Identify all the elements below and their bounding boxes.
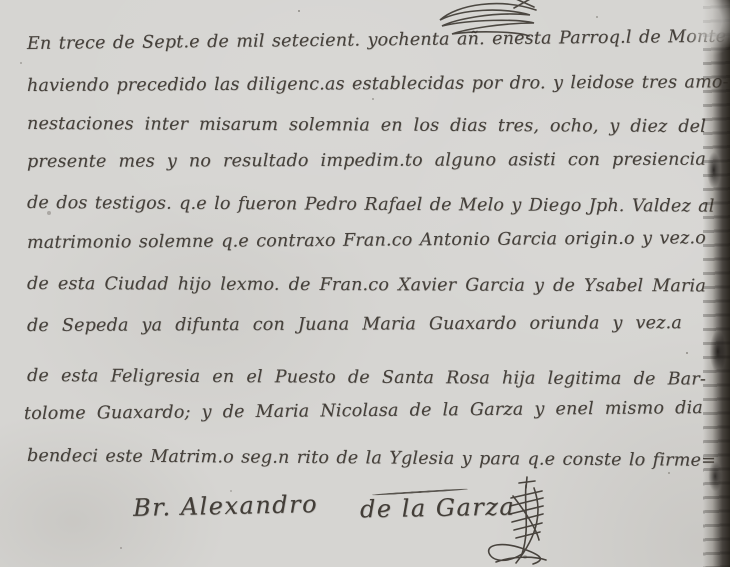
page-edge-fade — [680, 0, 730, 56]
manuscript-line: de esta Feligresia en el Puesto de Santa… — [27, 365, 706, 391]
manuscript-line: En trece de Sept.e de mil setecient. yoc… — [27, 26, 706, 56]
manuscript-line: presente mes y no resultado impedim.to a… — [27, 149, 706, 174]
manuscript-line: de Sepeda ya difunta con Juana Maria Gua… — [27, 312, 682, 338]
signature-rubric — [476, 476, 572, 567]
page-edge — [703, 0, 730, 567]
manuscript-line: matrimonio solemne q.e contraxo Fran.co … — [27, 227, 706, 254]
signature-name: Br. Alexandro — [133, 490, 319, 522]
manuscript-line: haviendo precedido las diligenc.as estab… — [27, 71, 706, 97]
manuscript-line: bendeci este Matrim.o seg.n rito de la Y… — [27, 445, 706, 472]
manuscript-line: tolome Guaxardo; y de Maria Nicolasa de … — [24, 397, 703, 426]
manuscript-page: En trece de Sept.e de mil setecient. yoc… — [0, 0, 730, 567]
manuscript-line: de dos testigos. q.e lo fueron Pedro Raf… — [27, 192, 706, 218]
manuscript-line: de esta Ciudad hijo lexmo. de Fran.co Xa… — [27, 273, 706, 298]
paper-specks — [0, 0, 2, 2]
manuscript-line: nestaciones inter misarum solemnia en lo… — [27, 113, 706, 139]
